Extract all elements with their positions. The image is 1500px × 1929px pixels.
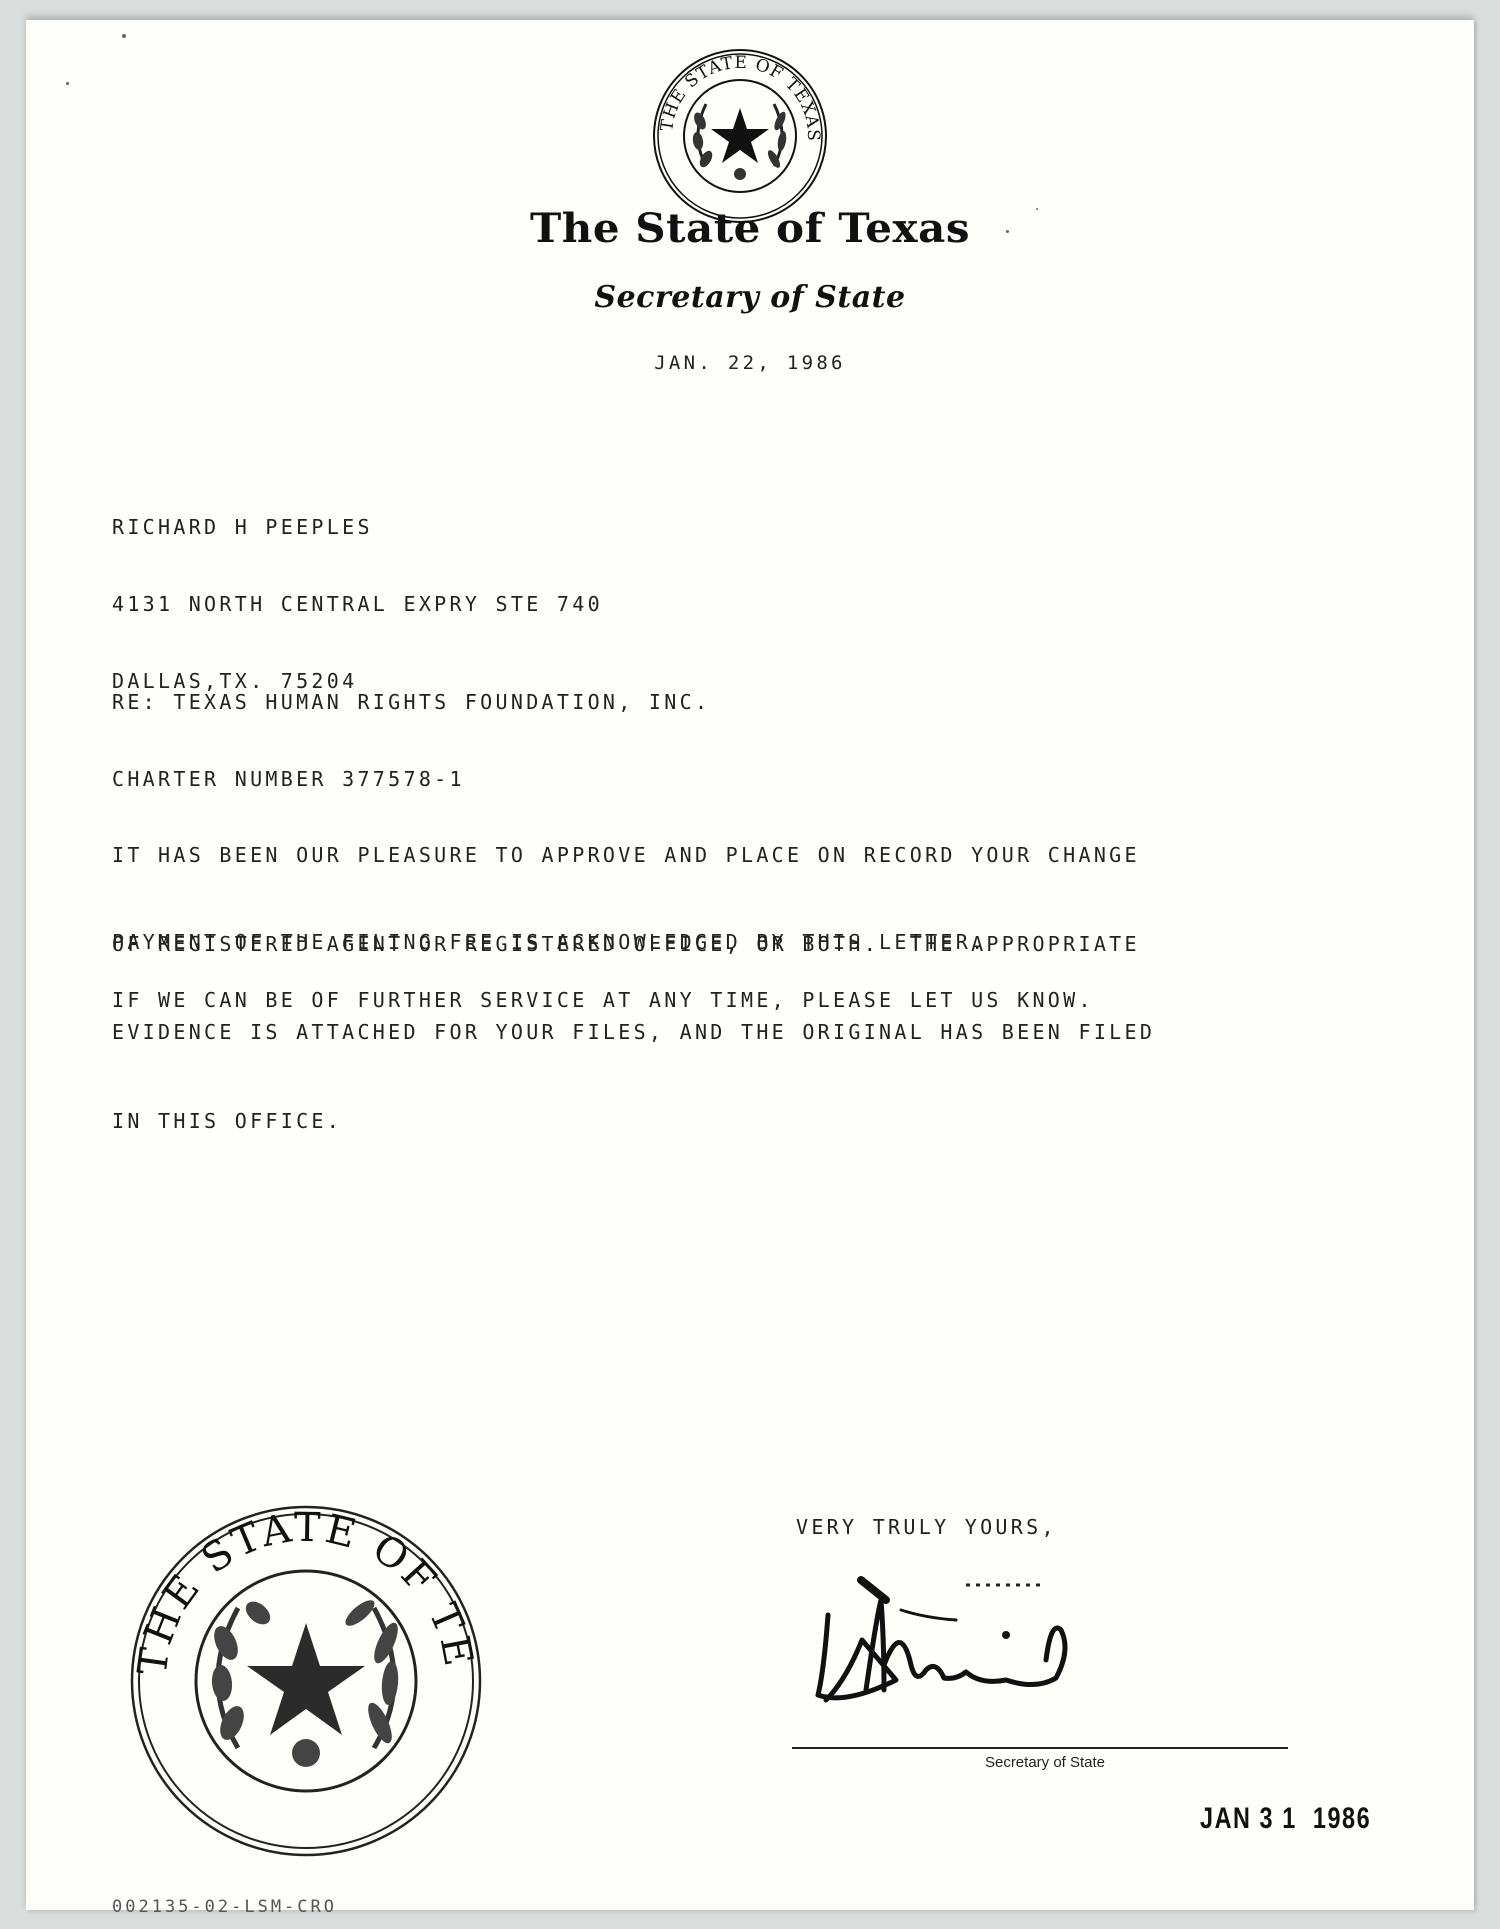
letter-page: THE STATE OF TEXAS The State of Texas Se… [26,20,1474,1910]
texas-seal-icon: THE STATE OF TEXAS [650,46,830,226]
signature-icon [806,1560,1126,1720]
letterhead-subtitle: Secretary of State [26,280,1474,315]
paper-speck [1006,230,1009,233]
signature-line [792,1747,1288,1749]
closing-salutation: VERY TRULY YOURS, [796,1515,1057,1539]
body-paragraph-3: IF WE CAN BE OF FURTHER SERVICE AT ANY T… [112,988,1094,1012]
body-line: IT HAS BEEN OUR PLEASURE TO APPROVE AND … [112,841,1155,871]
texas-seal-large-icon: THE STATE OF TEXAS [128,1503,484,1859]
body-paragraph-2: PAYMENT OF THE FILING FEE IS ACKNOWLEDGE… [112,930,986,954]
letter-date: JAN. 22, 1986 [26,352,1474,374]
paper-speck [66,82,69,85]
signature-caption: Secretary of State [790,1754,1300,1771]
document-id: 002135-02-LSM-CRO [112,1897,337,1917]
recipient-name: RICHARD H PEEPLES [112,513,603,542]
paper-speck [122,34,126,38]
body-line: IN THIS OFFICE. [112,1107,1155,1137]
recipient-street: 4131 NORTH CENTRAL EXPRY STE 740 [112,590,603,619]
letterhead-title: The State of Texas [0,205,1500,252]
paper-speck [1036,208,1038,210]
reference-subject: RE: TEXAS HUMAN RIGHTS FOUNDATION, INC. [112,688,710,717]
received-date-stamp: JAN 3 1 1986 [1200,1802,1371,1836]
body-line: EVIDENCE IS ATTACHED FOR YOUR FILES, AND… [112,1018,1155,1048]
